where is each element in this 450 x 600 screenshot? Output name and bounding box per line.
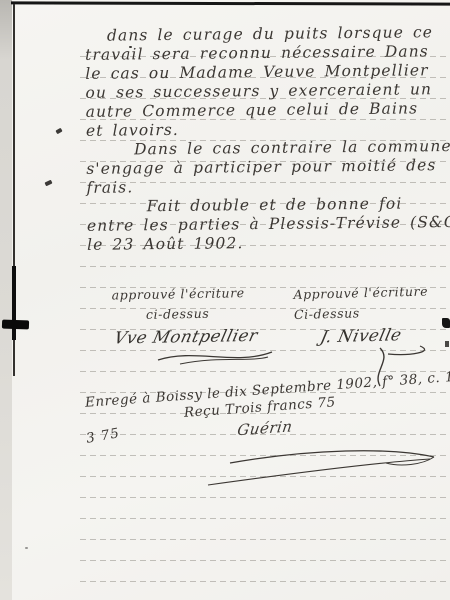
scan-speck	[129, 46, 132, 48]
scan-speck	[25, 547, 28, 549]
scan-speck	[44, 180, 52, 187]
scan-top-border	[11, 1, 450, 5]
manuscript-line: autre Commerce que celui de Bains	[86, 99, 442, 122]
right-approval-block: Approuvé l'écriture Ci-dessus J. Nivelle	[293, 281, 449, 348]
scan-speck	[55, 128, 62, 134]
approval-text-line: Ci-dessus	[294, 301, 448, 325]
manuscript-body: dans le curage du puits lorsque ce trava…	[85, 23, 443, 255]
signature-flourish	[150, 346, 280, 368]
manuscript-line: entre les parties à Plessis-Trévise (S&O…	[87, 213, 443, 236]
approval-text-line: Approuvé l'écriture	[293, 281, 447, 305]
page-scan: dans le curage du puits lorsque ce trava…	[0, 0, 450, 600]
scan-edge-strip	[0, 0, 12, 600]
scan-right-mark	[442, 318, 450, 328]
ink-blot	[2, 320, 29, 330]
manuscript-line: le 23 Août 1902.	[87, 232, 443, 255]
manuscript-line: s'engage à participer pour moitié des	[86, 156, 442, 179]
approval-text-line: ci-dessus	[112, 303, 282, 326]
left-approval-block: approuvé l'écriture ci-dessus Vve Montpe…	[111, 283, 282, 349]
registrar-flourish	[190, 445, 440, 490]
scan-right-mark	[445, 341, 449, 347]
